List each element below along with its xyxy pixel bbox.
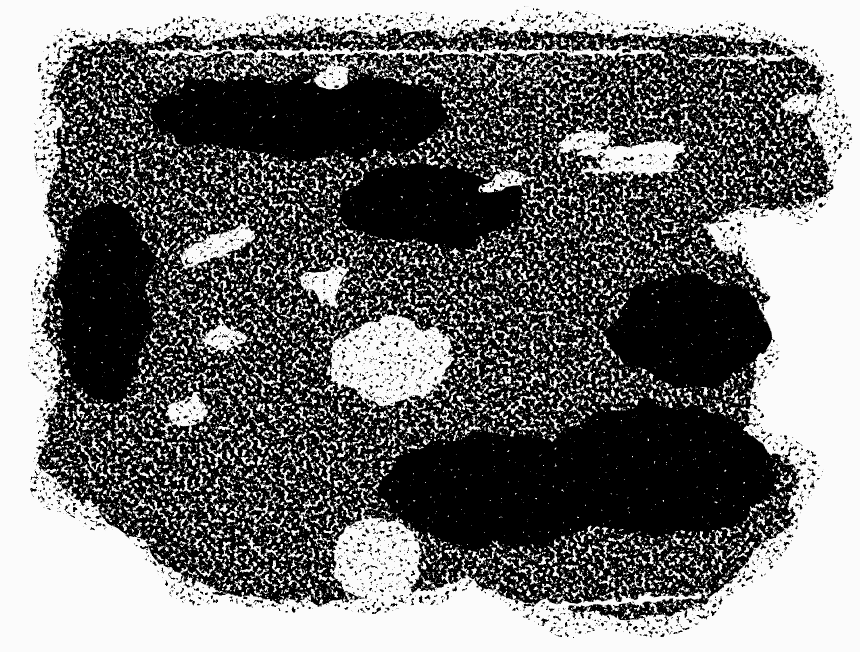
grunge-texture-image	[0, 0, 860, 652]
texture-canvas	[0, 0, 860, 652]
